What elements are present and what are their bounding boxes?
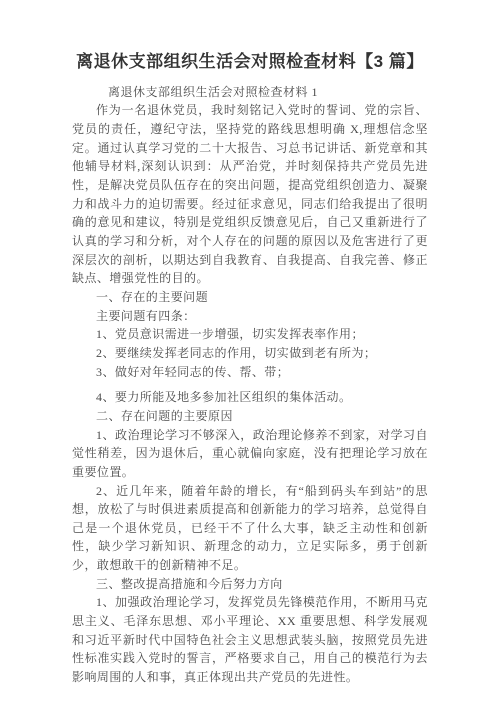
document-body: 作为一名退休党员，我时刻铭记入党时的誓词、党的宗旨、党员的责任，遵纪守法，坚持党… xyxy=(72,101,428,686)
paragraph: 1、政治理论学习不够深入，政治理论修养不到家，对学习自觉性稍差，因为退休后，重心… xyxy=(72,426,428,482)
paragraph: 作为一名退休党员，我时刻铭记入党时的誓词、党的宗旨、党员的责任，遵纪守法，坚持党… xyxy=(72,101,428,288)
list-item: 1、党员意识需进一步增强，切实发挥表率作用； xyxy=(72,325,428,344)
paragraph: 主要问题有四条： xyxy=(72,307,428,326)
list-item: 4、要力所能及地多参加社区组织的集体活动。 xyxy=(72,388,428,407)
paragraph: 1、加强政治理论学习，发挥党员先锋模范作用，不断用马克思主义、毛泽东思想、邓小平… xyxy=(72,593,428,686)
paragraph: 2、近几年来，随着年龄的增长，有“船到码头车到站”的思想，放松了与时俱进素质提高… xyxy=(72,482,428,575)
document-page: 离退休支部组织生活会对照检查材料【3 篇】 离退休支部组织生活会对照检查材料 1… xyxy=(0,0,500,707)
list-item: 2、要继续发挥老同志的作用，切实做到老有所为； xyxy=(72,344,428,363)
section-heading: 一、存在的主要问题 xyxy=(72,288,428,307)
document-subtitle: 离退休支部组织生活会对照检查材料 1 xyxy=(108,83,428,102)
list-item: 3、做好对年轻同志的传、帮、带； xyxy=(72,363,428,382)
document-title: 离退休支部组织生活会对照检查材料【3 篇】 xyxy=(72,50,428,74)
section-heading: 三、整改提高措施和今后努力方向 xyxy=(72,575,428,594)
section-heading: 二、存在问题的主要原因 xyxy=(72,407,428,426)
